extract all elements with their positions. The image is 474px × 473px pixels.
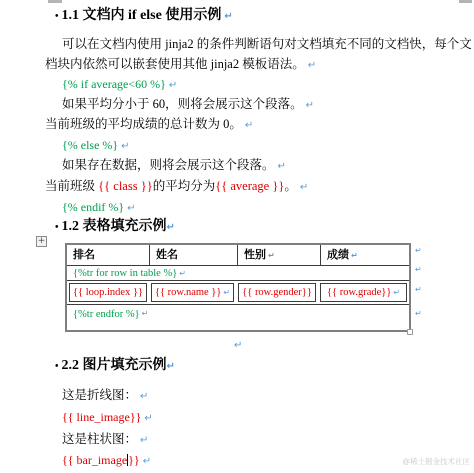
- header-grade-label: 成绩: [327, 249, 349, 261]
- template-table: 排名 姓名 性别↵ 成绩↵ {%tr for row in table %}↵ …: [65, 243, 411, 332]
- header-rank-label: 排名: [73, 249, 95, 261]
- end-of-row-mark-icon: ↵: [415, 309, 422, 318]
- paragraph-mark-icon: ↵: [278, 161, 286, 172]
- loop-end-code: {%tr endfor %}: [73, 309, 140, 320]
- paragraph-mark-icon: ↵: [234, 340, 242, 351]
- list-bullet: •: [55, 361, 59, 372]
- header-cell-rank: 排名: [67, 245, 150, 265]
- heading-1-2: •1.2 表格填充示例↵: [55, 219, 175, 236]
- bar-image-variable-line: {{ bar_image}}↵: [62, 453, 151, 468]
- header-gender-label: 性别: [244, 249, 266, 261]
- if-true-text: 如果平均分小于 60，则将会展示这个段落。: [62, 97, 303, 111]
- paragraph-mark-icon: ↵: [245, 120, 253, 131]
- list-bullet: •: [55, 11, 59, 22]
- class-average-end: 。: [284, 179, 297, 193]
- juejin-watermark: @稀土掘金技术社区: [402, 456, 470, 467]
- data-cell-name: {{ row.name }}↵: [151, 283, 234, 302]
- line-image-variable-line: {{ line_image}}↵: [62, 410, 153, 425]
- zero-total-paragraph: 当前班级的平均成绩的总计数为 0。↵: [45, 117, 253, 132]
- heading-1-1: •1.1 文档内 if else 使用示例↵: [55, 8, 233, 25]
- table-move-handle-icon[interactable]: +: [36, 236, 47, 247]
- empty-paragraph: ↵: [234, 337, 242, 352]
- plus-icon: +: [38, 236, 46, 246]
- cell-mark-icon: ↵: [351, 251, 358, 260]
- table-loop-start-row: {%tr for row in table %}↵: [67, 266, 409, 281]
- class-average-paragraph: 当前班级 {{ class }}的平均分为{{ average }}。↵: [45, 179, 308, 194]
- class-average-pre: 当前班级: [45, 179, 98, 193]
- paragraph-mark-icon: ↵: [300, 182, 308, 193]
- paragraph-mark-icon: ↵: [169, 80, 177, 91]
- paragraph-mark-icon: ↵: [144, 413, 152, 424]
- jinja-if-line: {% if average<60 %}↵: [62, 77, 177, 92]
- jinja-if-code: {% if average<60 %}: [62, 77, 166, 91]
- if-true-paragraph: 如果平均分小于 60，则将会展示这个段落。↵: [62, 97, 314, 112]
- bar-chart-text: 这是柱状图：: [62, 432, 137, 446]
- row-gender-variable: {{ row.gender}}: [242, 287, 312, 298]
- paragraph-mark-icon: ↵: [121, 141, 129, 152]
- cell-mark-icon: ↵: [142, 309, 149, 318]
- paragraph-mark-icon: ↵: [306, 100, 314, 111]
- line-chart-text: 这是折线图：: [62, 388, 137, 402]
- row-name-variable: {{ row.name }}: [155, 287, 221, 298]
- header-name-label: 姓名: [156, 249, 178, 261]
- jinja-endif-line: {% endif %}↵: [62, 200, 136, 215]
- heading-2-2-text: 2.2 图片填充示例: [62, 358, 167, 373]
- else-text: 如果存在数据，则将会展示这个段落。: [62, 158, 275, 172]
- heading-2-2: •2.2 图片填充示例↵: [55, 358, 175, 375]
- intro-text-2: 档块内依然可以嵌套使用其他 jinja2 模板语法。: [45, 57, 305, 71]
- cell-mark-icon: ↵: [223, 288, 230, 297]
- class-variable: {{ class }}: [98, 179, 153, 193]
- table-header-row: 排名 姓名 性别↵ 成绩↵: [67, 245, 409, 266]
- jinja-endif-code: {% endif %}: [62, 200, 124, 214]
- cell-mark-icon: ↵: [268, 251, 275, 260]
- end-of-row-mark-icon: ↵: [415, 265, 422, 274]
- row-grade-variable: {{ row.grade}}: [327, 287, 391, 298]
- paragraph-mark-icon: ↵: [167, 361, 175, 372]
- loop-index-variable: {{ loop.index }}: [73, 287, 143, 298]
- intro-paragraph-line-1: 可以在文档内使用 jinja2 的条件判断语句对文档填充不同的文档快，每个文: [62, 37, 472, 52]
- jinja-else-code: {% else %}: [62, 138, 118, 152]
- zero-total-text: 当前班级的平均成绩的总计数为 0。: [45, 117, 242, 131]
- header-cell-name: 姓名: [150, 245, 238, 265]
- data-cell-grade: {{ row.grade}}↵: [320, 283, 407, 302]
- end-of-row-mark-icon: ↵: [415, 246, 422, 255]
- bar-image-variable-close: }}: [128, 453, 140, 467]
- bar-image-variable: {{ bar_image: [62, 453, 127, 467]
- bar-chart-paragraph: 这是柱状图：↵: [62, 432, 148, 447]
- top-right-ui-artifact: [459, 0, 472, 3]
- paragraph-mark-icon: ↵: [140, 391, 148, 402]
- document-page[interactable]: •1.1 文档内 if else 使用示例↵ 可以在文档内使用 jinja2 的…: [0, 0, 474, 473]
- data-cell-index: {{ loop.index }}↵: [69, 283, 147, 302]
- heading-1-1-text: 1.1 文档内 if else 使用示例: [62, 8, 222, 23]
- table-data-row: {{ loop.index }}↵ {{ row.name }}↵ {{ row…: [67, 281, 409, 305]
- jinja-else-line: {% else %}↵: [62, 138, 130, 153]
- heading-1-2-text: 1.2 表格填充示例: [62, 219, 167, 234]
- header-cell-gender: 性别↵: [238, 245, 321, 265]
- cell-mark-icon: ↵: [393, 288, 400, 297]
- cell-mark-icon: ↵: [179, 269, 186, 278]
- table-resize-handle[interactable]: [407, 329, 413, 335]
- average-variable: {{ average }}: [215, 179, 284, 193]
- intro-paragraph-line-2: 档块内依然可以嵌套使用其他 jinja2 模板语法。↵: [45, 57, 316, 72]
- header-cell-grade: 成绩↵: [321, 245, 409, 265]
- paragraph-mark-icon: ↵: [143, 456, 151, 467]
- paragraph-mark-icon: ↵: [308, 60, 316, 71]
- data-cell-gender: {{ row.gender}}↵: [238, 283, 316, 302]
- paragraph-mark-icon: ↵: [167, 222, 175, 233]
- else-paragraph: 如果存在数据，则将会展示这个段落。↵: [62, 158, 286, 173]
- paragraph-mark-icon: ↵: [224, 11, 232, 22]
- table-loop-end-row: {%tr endfor %}↵: [67, 305, 409, 330]
- line-chart-paragraph: 这是折线图：↵: [62, 388, 148, 403]
- loop-start-code: {%tr for row in table %}: [73, 268, 177, 279]
- end-of-row-mark-icon: ↵: [415, 285, 422, 294]
- list-bullet: •: [55, 222, 59, 233]
- paragraph-mark-icon: ↵: [140, 435, 148, 446]
- intro-text-1: 可以在文档内使用 jinja2 的条件判断语句对文档填充不同的文档快，每个文: [62, 37, 472, 51]
- top-left-ui-artifact: [48, 0, 62, 3]
- paragraph-mark-icon: ↵: [127, 203, 135, 214]
- line-image-variable: {{ line_image}}: [62, 410, 141, 424]
- class-average-mid: 的平均分为: [153, 179, 216, 193]
